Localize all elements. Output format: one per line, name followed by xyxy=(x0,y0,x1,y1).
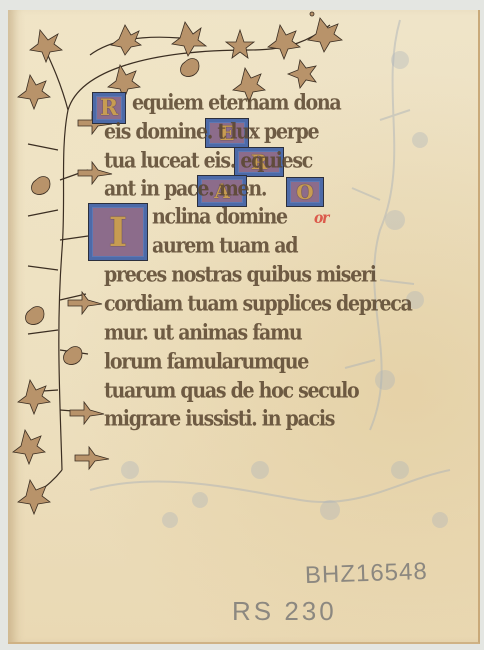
text-line: aurem tuam ad xyxy=(152,233,297,264)
text-line: preces nostras quibus miseri xyxy=(104,262,376,293)
rubric-or: or xyxy=(314,209,328,240)
pencil-note-rs: RS 230 xyxy=(232,596,337,627)
text-line: mur. ut animas famu xyxy=(104,320,301,351)
text-line: eis domine. t lux perpe xyxy=(104,119,318,150)
text-line: tua luceat eis. equiesc xyxy=(104,148,312,179)
text-line: ant in pace. men. xyxy=(104,176,266,207)
initial-I-inclina: I xyxy=(88,203,148,261)
initial-O-oremus: O xyxy=(286,177,324,207)
text-line: tuarum quas de hoc seculo xyxy=(104,378,358,409)
pencil-note-shelfmark: BHZ16548 xyxy=(305,558,429,590)
text-line: cordiam tuam supplices depreca xyxy=(104,291,412,322)
text-line: migrare iussisti. in pacis xyxy=(104,406,334,437)
text-line: lorum famularumque xyxy=(104,349,308,380)
text-line: equiem eternam dona xyxy=(132,90,340,121)
text-line: nclina domine xyxy=(152,204,287,235)
